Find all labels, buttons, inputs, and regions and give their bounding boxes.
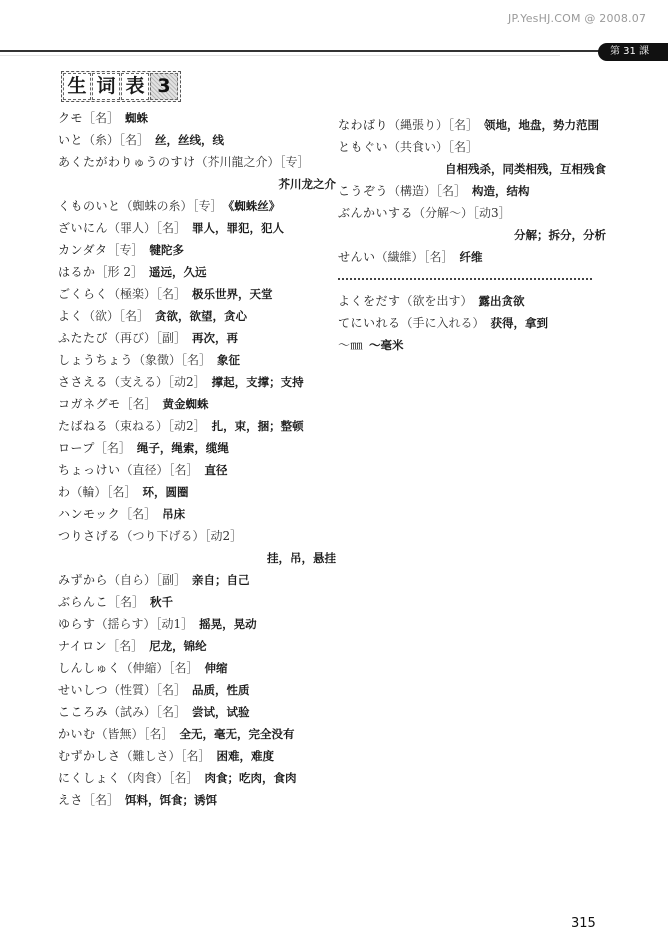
vocab-part-of-speech: ［形 2］ [96, 265, 143, 279]
title-number: 3 [150, 73, 178, 100]
vocab-original: （束ねる） [108, 419, 168, 433]
vocab-part-of-speech: ［动2］ [168, 419, 206, 433]
vocab-part-of-speech: ［动3］ [473, 206, 511, 220]
vocab-entry: むずかしさ（難しさ）［名］困难，难度 [58, 745, 338, 767]
vocab-original: （縄張り） [388, 118, 448, 132]
vocab-entry: クモ［名］蜘蛛 [58, 107, 338, 129]
vocab-part-of-speech: ［名］ [181, 353, 211, 367]
vocab-reading: にくしょく [58, 771, 121, 785]
vocab-meaning: 饵料，饵食；诱饵 [125, 793, 217, 807]
vocab-part-of-speech: ［名］ [181, 749, 211, 763]
vocab-original: （皆無） [96, 727, 144, 741]
vocab-original: （象徴） [133, 353, 181, 367]
vocab-original: （極楽） [108, 287, 156, 301]
vocab-entry: よく（欲）［名］贪欲，欲望，贪心 [58, 305, 338, 327]
vocab-meaning: 摇晃，晃动 [199, 617, 257, 631]
vocab-reading: くものいと [58, 199, 121, 213]
vocab-entry: いと（糸）［名］丝，丝线，线 [58, 129, 338, 151]
vocab-meaning: 亲自；自己 [192, 573, 250, 587]
vocab-part-of-speech: ［名］ [436, 184, 466, 198]
title-char: 表 [121, 73, 149, 100]
vocab-reading: ～㎜ [338, 338, 363, 352]
vocab-part-of-speech: ［名］ [448, 118, 478, 132]
vocab-part-of-speech: ［名］ [144, 727, 174, 741]
vocab-reading: みずから [58, 573, 108, 587]
vocab-entry: ～㎜～毫米 [338, 334, 608, 356]
vocab-meaning: ～毫米 [369, 338, 404, 352]
vocab-entry: せんい（繊維）［名］纤维 [338, 246, 608, 268]
vocab-original: （欲） [83, 309, 119, 323]
vocab-original: （再び） [108, 331, 156, 345]
vocab-entry: くものいと（蜘蛛の糸）［专］《蜘蛛丝》 [58, 195, 338, 217]
vocab-part-of-speech: ［名］ [95, 441, 131, 455]
vocab-meaning: 吊床 [162, 507, 185, 521]
page-number: 315 [571, 916, 596, 931]
vocab-original: （芥川龍之介） [196, 155, 280, 169]
vocab-reading: てにいれる [338, 316, 401, 330]
vocab-meaning: 丝，丝线，线 [155, 133, 224, 147]
vocab-entry: なわばり（縄張り）［名］领地，地盘，势力范围 [338, 114, 608, 136]
vocab-reading: せいしつ [58, 683, 108, 697]
vocab-original: （難しさ） [121, 749, 181, 763]
vocab-meaning: 肉食；吃肉，食肉 [205, 771, 297, 785]
vocab-entry: ごくらく（極楽）［名］极乐世界，天堂 [58, 283, 338, 305]
vocab-part-of-speech: ［名］ [424, 250, 454, 264]
vocab-original: （輪） [71, 485, 107, 499]
vocab-meaning: 纤维 [460, 250, 483, 264]
vocab-entry: コガネグモ［名］黄金蜘蛛 [58, 393, 338, 415]
vocab-entry: みずから（自ら）［副］亲自；自己 [58, 569, 338, 591]
vocab-meaning: 极乐世界，天堂 [192, 287, 273, 301]
vocab-part-of-speech: ［名］ [448, 140, 478, 154]
vocab-part-of-speech: ［名］ [156, 287, 186, 301]
vocab-part-of-speech: ［副］ [156, 573, 186, 587]
vocab-reading: ゆらす [58, 617, 96, 631]
vocab-entry: ハンモック［名］吊床 [58, 503, 338, 525]
vocab-entry: にくしょく（肉食）［名］肉食；吃肉，食肉 [58, 767, 338, 789]
vocab-reading: せんい [338, 250, 376, 264]
vocab-meaning: 获得，拿到 [491, 316, 549, 330]
vocab-part-of-speech: ［名］ [156, 221, 186, 235]
vocab-entry: あくたがわりゅうのすけ（芥川龍之介）［专］ [58, 151, 338, 173]
vocab-meaning: 秋千 [150, 595, 173, 609]
vocab-reading: なわばり [338, 118, 388, 132]
vocab-entry: つりさげる（つり下げる）［动2］ [58, 525, 338, 547]
header-rule-shadow [0, 55, 560, 56]
vocab-entry: ぶらんこ［名］秋千 [58, 591, 338, 613]
vocab-reading: ぶらんこ [58, 595, 108, 609]
vocab-reading: ふたたび [58, 331, 108, 345]
vocab-meaning: 再次，再 [192, 331, 238, 345]
vocab-reading: むずかしさ [58, 749, 121, 763]
vocab-reading: よく [58, 309, 83, 323]
vocab-part-of-speech: ［名］ [121, 397, 157, 411]
vocab-meaning: 象征 [217, 353, 240, 367]
vocab-meaning: 直径 [205, 463, 228, 477]
vocab-part-of-speech: ［名］ [83, 111, 119, 125]
vocab-part-of-speech: ［动2］ [168, 375, 206, 389]
vocab-column-left: クモ［名］蜘蛛いと（糸）［名］丝，丝线，线あくたがわりゅうのすけ（芥川龍之介）［… [58, 107, 338, 811]
vocab-entry: カンダタ［专］犍陀多 [58, 239, 338, 261]
vocab-entry: しんしゅく（伸縮）［名］伸缩 [58, 657, 338, 679]
vocab-part-of-speech: ［专］ [108, 243, 144, 257]
vocab-entry: ちょっけい（直径）［名］直径 [58, 459, 338, 481]
vocab-original: （支える） [108, 375, 168, 389]
vocab-meaning: 蜘蛛 [125, 111, 148, 125]
vocab-reading: はるか [58, 265, 96, 279]
vocab-meaning: 尝试，试验 [192, 705, 250, 719]
vocab-reading: つりさげる [58, 529, 121, 543]
vocab-entry: ぶんかいする（分解～）［动3］ [338, 202, 608, 224]
vocab-reading: クモ [58, 111, 83, 125]
vocab-reading: ハンモック [58, 507, 120, 521]
vocab-part-of-speech: ［名］ [156, 683, 186, 697]
vocab-entry: えさ［名］饵料，饵食；诱饵 [58, 789, 338, 811]
vocab-part-of-speech: ［名］ [107, 485, 137, 499]
vocab-meaning: 贪欲，欲望，贪心 [155, 309, 247, 323]
vocab-part-of-speech: ［名］ [107, 639, 143, 653]
vocab-entry: ともぐい（共食い）［名］ [338, 136, 608, 158]
vocab-reading: カンダタ [58, 243, 108, 257]
vocab-part-of-speech: ［名］ [119, 309, 149, 323]
vocab-meaning: 绳子，绳索，缆绳 [137, 441, 229, 455]
vocab-reading: こころみ [58, 705, 108, 719]
vocab-meaning: 《蜘蛛丝》 [229, 199, 281, 213]
vocab-entry: ふたたび（再び）［副］再次，再 [58, 327, 338, 349]
vocab-entry: はるか［形 2］遥远，久远 [58, 261, 338, 283]
vocab-part-of-speech: ［名］ [120, 507, 156, 521]
vocab-reading: よくをだす [338, 294, 401, 308]
vocab-original: （構造） [388, 184, 436, 198]
lesson-tab: 第 31 課 [598, 43, 668, 61]
vocab-original: （揺らす） [96, 617, 156, 631]
vocab-entry: ささえる（支える）［动2］撑起，支撑；支持 [58, 371, 338, 393]
vocab-part-of-speech: ［名］ [108, 595, 144, 609]
vocab-original: （糸） [83, 133, 119, 147]
vocab-reading: あくたがわりゅうのすけ [58, 155, 196, 169]
vocab-original: （分解～） [413, 206, 473, 220]
vocab-meaning: 构造，结构 [472, 184, 530, 198]
vocab-meaning: 环，圆圈 [143, 485, 189, 499]
vocab-reading: えさ [58, 793, 83, 807]
vocab-meaning: 露出贪欲 [479, 294, 525, 308]
vocab-original: （肉食） [121, 771, 169, 785]
vocab-meaning: 分解；拆分，分析 [514, 228, 606, 242]
vocab-entry: わ（輪）［名］环，圆圈 [58, 481, 338, 503]
vocab-entry: せいしつ（性質）［名］品质，性质 [58, 679, 338, 701]
vocab-original: （蜘蛛の糸） [121, 199, 193, 213]
vocab-original: （共食い） [388, 140, 448, 154]
vocab-entry: かいむ（皆無）［名］全无，毫无，完全没有 [58, 723, 338, 745]
vocab-meaning: 伸缩 [205, 661, 228, 675]
vocab-reading: ごくらく [58, 287, 108, 301]
vocab-part-of-speech: ［专］ [193, 199, 223, 213]
vocab-original: （伸縮） [121, 661, 169, 675]
vocab-part-of-speech: ［名］ [156, 705, 186, 719]
vocab-column-right: なわばり（縄張り）［名］领地，地盘，势力范围ともぐい（共食い）［名］自相残杀，同… [338, 114, 608, 356]
vocab-original: （罪人） [108, 221, 156, 235]
vocab-part-of-speech: ［名］ [169, 661, 199, 675]
vocab-meaning: 全无，毫无，完全没有 [180, 727, 295, 741]
vocab-entry: ナイロン［名］尼龙，锦纶 [58, 635, 338, 657]
vocab-meaning: 尼龙，锦纶 [149, 639, 207, 653]
vocab-original: （自ら） [108, 573, 156, 587]
vocab-meaning: 品质，性质 [192, 683, 250, 697]
vocab-entry: ざいにん（罪人）［名］罪人，罪犯，犯人 [58, 217, 338, 239]
vocab-entry: ロープ［名］绳子，绳索，缆绳 [58, 437, 338, 459]
vocab-reading: ちょっけい [58, 463, 121, 477]
vocab-part-of-speech: ［名］ [83, 793, 119, 807]
vocab-original: （試み） [108, 705, 156, 719]
vocab-part-of-speech: ［动1］ [156, 617, 194, 631]
vocab-meaning: 自相残杀，同类相残，互相残食 [445, 162, 606, 176]
vocab-entry: てにいれる（手に入れる）获得，拿到 [338, 312, 608, 334]
vocab-part-of-speech: ［专］ [280, 155, 310, 169]
vocab-reading: ざいにん [58, 221, 108, 235]
vocab-original: （欲を出す） [401, 294, 473, 308]
vocab-meaning-continuation: 芥川龙之介 [58, 173, 338, 195]
vocab-meaning: 犍陀多 [150, 243, 185, 257]
vocab-meaning: 罪人，罪犯，犯人 [192, 221, 284, 235]
vocab-original: （繊維） [376, 250, 424, 264]
vocab-entry: よくをだす（欲を出す）露出贪欲 [338, 290, 608, 312]
vocab-meaning-continuation: 挂，吊，悬挂 [58, 547, 338, 569]
vocab-meaning: 挂，吊，悬挂 [267, 551, 336, 565]
vocab-entry: たばねる（束ねる）［动2］扎，束，捆；整顿 [58, 415, 338, 437]
vocab-reading: コガネグモ [58, 397, 121, 411]
vocab-reading: こうぞう [338, 184, 388, 198]
vocab-entry: こうぞう（構造）［名］构造，结构 [338, 180, 608, 202]
vocab-original: （つり下げる） [121, 529, 205, 543]
vocab-meaning: 黄金蜘蛛 [163, 397, 209, 411]
vocab-entry: しょうちょう（象徴）［名］象征 [58, 349, 338, 371]
vocab-reading: わ [58, 485, 71, 499]
vocab-meaning-continuation: 自相残杀，同类相残，互相残食 [338, 158, 608, 180]
vocab-original: （性質） [108, 683, 156, 697]
vocab-original: （直径） [121, 463, 169, 477]
vocab-reading: たばねる [58, 419, 108, 433]
watermark: JP.YesHJ.COM @ 2008.07 [508, 12, 646, 25]
title-char: 词 [92, 73, 120, 100]
vocab-original: （手に入れる） [401, 316, 485, 330]
vocab-entry: こころみ（試み）［名］尝试，试验 [58, 701, 338, 723]
vocab-entry: ゆらす（揺らす）［动1］摇晃，晃动 [58, 613, 338, 635]
vocab-meaning: 芥川龙之介 [279, 177, 337, 191]
vocab-meaning: 领地，地盘，势力范围 [484, 118, 599, 132]
vocab-part-of-speech: ［副］ [156, 331, 186, 345]
vocab-part-of-speech: ［动2］ [205, 529, 243, 543]
vocab-reading: ぶんかいする [338, 206, 413, 220]
title-char: 生 [63, 73, 91, 100]
vocab-reading: いと [58, 133, 83, 147]
vocab-part-of-speech: ［名］ [169, 463, 199, 477]
vocab-reading: しょうちょう [58, 353, 133, 367]
vocab-reading: しんしゅく [58, 661, 121, 675]
vocab-part-of-speech: ［名］ [169, 771, 199, 785]
vocab-meaning: 遥远，久远 [149, 265, 207, 279]
vocabulary-title: 生 词 表 3 [61, 71, 181, 102]
vocab-meaning-continuation: 分解；拆分，分析 [338, 224, 608, 246]
header-rule [0, 50, 600, 52]
vocab-reading: ロープ [58, 441, 95, 455]
vocab-reading: かいむ [58, 727, 96, 741]
vocab-part-of-speech: ［名］ [119, 133, 149, 147]
section-divider [338, 268, 608, 290]
vocab-meaning: 扎，束，捆；整顿 [212, 419, 304, 433]
vocab-reading: ナイロン [58, 639, 107, 653]
vocab-meaning: 困难，难度 [217, 749, 275, 763]
vocab-reading: ささえる [58, 375, 108, 389]
vocab-reading: ともぐい [338, 140, 388, 154]
vocab-meaning: 撑起，支撑；支持 [212, 375, 304, 389]
